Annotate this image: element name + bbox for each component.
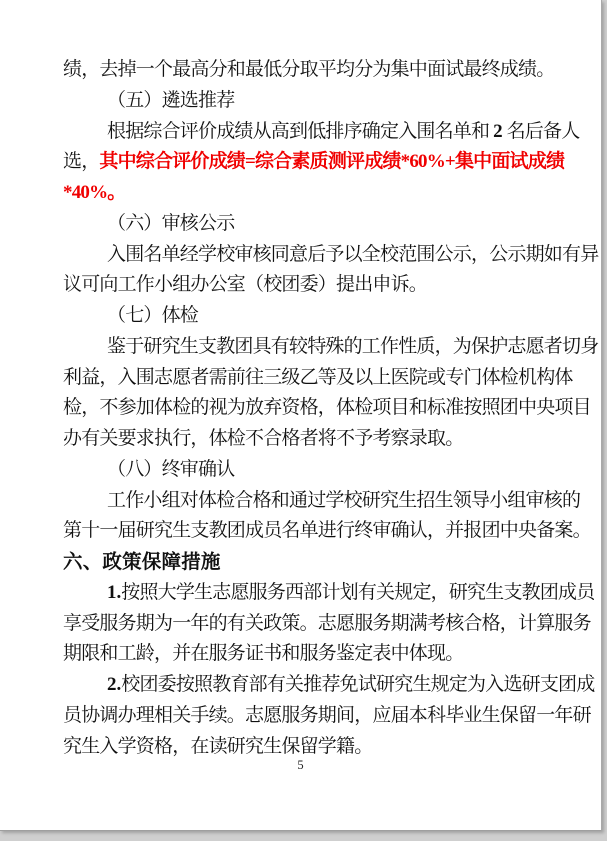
text-segment: 期限和工龄，并在服务证书和服务鉴定表中体现。 bbox=[63, 643, 463, 664]
text-segment: 2. bbox=[107, 674, 121, 695]
text-segment: 第十一届研究生支教团成员名单进行终审确认，并报团中央备案。 bbox=[63, 520, 591, 541]
document-text-block: 绩，去掉一个最高分和最低分取平均分为集中面试最终成绩。（五）遴选推荐根据综合评价… bbox=[63, 55, 547, 762]
text-segment: 办有关要求执行，体检不合格者将不予考察录取。 bbox=[63, 428, 463, 449]
text-segment: 究生入学资格，在读研究生保留学籍。 bbox=[63, 736, 372, 757]
text-segment: 绩，去掉一个最高分和最低分取平均分为集中面试最终成绩。 bbox=[63, 59, 554, 80]
text-line: *40%。 bbox=[63, 178, 547, 209]
text-line: 期限和工龄，并在服务证书和服务鉴定表中体现。 bbox=[63, 639, 547, 670]
text-segment: 鉴于研究生支教团具有较特殊的工作性质，为保护志愿者切身 bbox=[107, 336, 598, 357]
text-line: 员协调办理相关手续。志愿服务期间，应届本科毕业生保留一年研 bbox=[63, 701, 547, 732]
text-line: 选，其中综合评价成绩=综合素质测评成绩*60%+集中面试成绩 bbox=[63, 147, 547, 178]
text-line: 鉴于研究生支教团具有较特殊的工作性质，为保护志愿者切身 bbox=[63, 332, 547, 363]
highlighted-red-text: *40%。 bbox=[63, 182, 126, 203]
text-segment: （六）审核公示 bbox=[107, 213, 234, 234]
text-segment: 选， bbox=[63, 151, 99, 172]
text-segment: 员协调办理相关手续。志愿服务期间，应届本科毕业生保留一年研 bbox=[63, 705, 591, 726]
text-segment: （八）终审确认 bbox=[107, 459, 234, 480]
text-line: 工作小组对体检合格和通过学校研究生招生领导小组审核的 bbox=[63, 486, 547, 517]
text-line: 2.校团委按照教育部有关推荐免试研究生规定为入选研支团成 bbox=[63, 670, 547, 701]
text-segment: （五）遴选推荐 bbox=[107, 90, 234, 111]
text-segment: 享受服务期为一年的有关政策。志愿服务期满考核合格，计算服务 bbox=[63, 613, 591, 634]
text-segment: 名后备人 bbox=[503, 121, 580, 142]
text-line: 检，不参加体检的视为放弃资格，体检项目和标准按照团中央项目 bbox=[63, 393, 547, 424]
document-viewer-background: 绩，去掉一个最高分和最低分取平均分为集中面试最终成绩。（五）遴选推荐根据综合评价… bbox=[0, 0, 607, 841]
text-segment: 1. bbox=[107, 582, 121, 603]
text-line: （六）审核公示 bbox=[63, 209, 547, 240]
text-line: 入围名单经学校审核同意后予以全校范围公示，公示期如有异 bbox=[63, 240, 547, 271]
text-line: 享受服务期为一年的有关政策。志愿服务期满考核合格，计算服务 bbox=[63, 609, 547, 640]
text-line: 议可向工作小组办公室（校团委）提出申诉。 bbox=[63, 270, 547, 301]
text-segment: 检，不参加体检的视为放弃资格，体检项目和标准按照团中央项目 bbox=[63, 397, 591, 418]
page-number: 5 bbox=[0, 758, 601, 773]
text-segment: （七）体检 bbox=[107, 305, 198, 326]
text-line: 根据综合评价成绩从高到低排序确定入围名单和 2 名后备人 bbox=[63, 117, 547, 148]
text-segment: 六、政策保障措施 bbox=[63, 551, 221, 573]
text-segment: 议可向工作小组办公室（校团委）提出申诉。 bbox=[63, 274, 427, 295]
text-line: （八）终审确认 bbox=[63, 455, 547, 486]
text-segment: 按照大学生志愿服务西部计划有关规定，研究生支教团成员 bbox=[121, 582, 594, 603]
text-line: 第十一届研究生支教团成员名单进行终审确认，并报团中央备案。 bbox=[63, 516, 547, 547]
text-segment: 2 bbox=[493, 121, 503, 142]
text-segment: 利益，入围志愿者需前往三级乙等及以上医院或专门体检机构体 bbox=[63, 367, 573, 388]
text-line: 1.按照大学生志愿服务西部计划有关规定，研究生支教团成员 bbox=[63, 578, 547, 609]
text-segment: 校团委按照教育部有关推荐免试研究生规定为入选研支团成 bbox=[121, 674, 594, 695]
highlighted-red-text: 其中综合评价成绩=综合素质测评成绩*60%+集中面试成绩 bbox=[99, 151, 564, 172]
text-line: （七）体检 bbox=[63, 301, 547, 332]
section-heading: 六、政策保障措施 bbox=[63, 547, 547, 578]
text-line: （五）遴选推荐 bbox=[63, 86, 547, 117]
document-page: 绩，去掉一个最高分和最低分取平均分为集中面试最终成绩。（五）遴选推荐根据综合评价… bbox=[0, 0, 602, 831]
text-segment: 根据综合评价成绩从高到低排序确定入围名单和 bbox=[107, 121, 493, 142]
text-line: 利益，入围志愿者需前往三级乙等及以上医院或专门体检机构体 bbox=[63, 363, 547, 394]
text-line: 绩，去掉一个最高分和最低分取平均分为集中面试最终成绩。 bbox=[63, 55, 547, 86]
text-segment: 工作小组对体检合格和通过学校研究生招生领导小组审核的 bbox=[107, 490, 580, 511]
text-segment: 入围名单经学校审核同意后予以全校范围公示，公示期如有异 bbox=[107, 244, 598, 265]
text-line: 办有关要求执行，体检不合格者将不予考察录取。 bbox=[63, 424, 547, 455]
